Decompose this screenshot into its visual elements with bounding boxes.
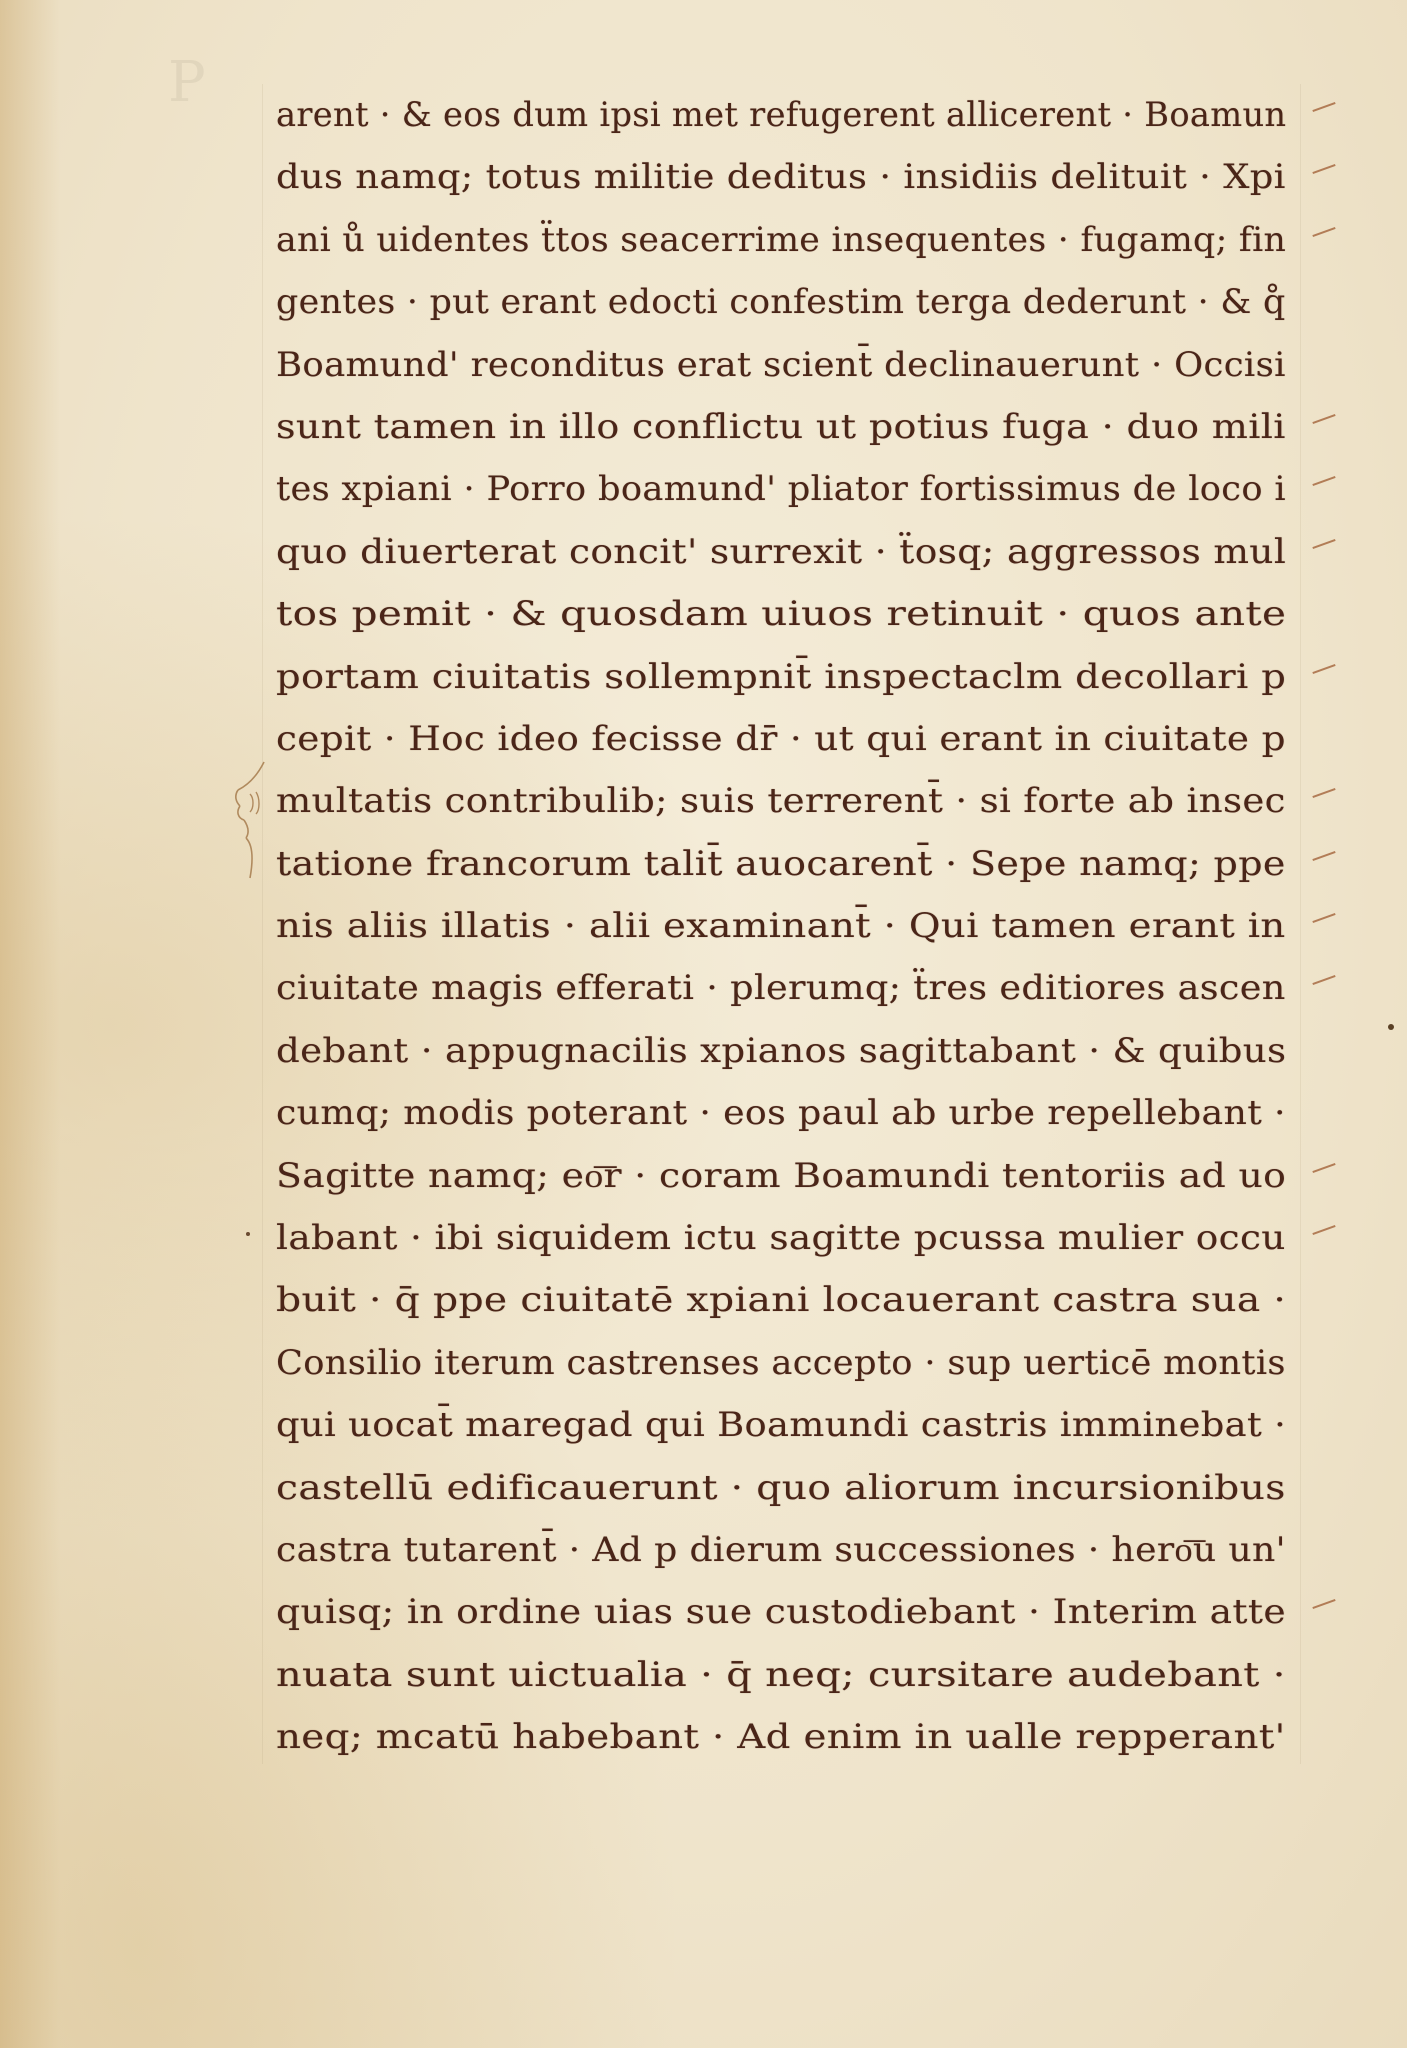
line-text: nis aliis illatis · alii examinant̄ · Qu… [276,895,1286,957]
line-text: tes xpiani · Porro boamund' pliator fort… [276,458,1286,520]
manuscript-line: buit · q̄ ppe ciuitatē xpiani locauerant… [276,1269,1306,1331]
manuscript-line: nis aliis illatis · alii examinant̄ · Qu… [276,895,1306,957]
manuscript-line: cepit · Hoc ideo fecisse dr̄ · ut qui er… [276,708,1306,770]
manuscript-line: quo diuerterat concit' surrexit · ẗosq; … [276,521,1306,583]
line-text: tos pemit · & quosdam uiuos retinuit · q… [276,583,1286,645]
manuscript-line: Consilio iterum castrenses accepto · sup… [276,1332,1306,1394]
line-text: sunt tamen in illo conflictu ut potius f… [276,396,1286,458]
line-continuation-mark [1312,102,1335,112]
line-text: Boamund' reconditus erat scient̄ declina… [276,334,1286,396]
line-text: castra tutarent̄ · Ad p dierum successio… [276,1519,1286,1581]
line-text: ciuitate magis efferati · plerumq; ẗres … [276,957,1286,1019]
line-continuation-mark [1312,1163,1335,1173]
line-text: ani ů uidentes ẗtos seacerrime insequent… [276,209,1286,271]
line-text: gentes · put erant edocti confestim terg… [276,271,1286,333]
manuscript-line: arent · & eos dum ipsi met refugerent al… [276,84,1306,146]
line-text: labant · ibi siquidem ictu sagitte pcuss… [276,1207,1286,1269]
faint-offset-letter: P [168,48,208,118]
line-continuation-mark [1312,663,1335,673]
manuscript-line: portam ciuitatis sollempnit̄ inspectaclm… [276,646,1306,708]
line-continuation-mark [1312,164,1335,174]
line-text: castellū edificauerunt · quo aliorum inc… [276,1457,1286,1519]
manuscript-line: qui uocat̄ maregad qui Boamundi castris … [276,1394,1306,1456]
line-text: quisq; in ordine uias sue custodiebant ·… [276,1581,1286,1643]
marginal-face-doodle-icon [226,760,276,880]
manuscript-line: dus namq; totus militie deditus · insidi… [276,146,1306,208]
gutter-shading [0,0,60,2048]
line-continuation-mark [1312,851,1335,861]
manuscript-line: tos pemit · & quosdam uiuos retinuit · q… [276,583,1306,645]
line-continuation-mark [1312,414,1335,424]
line-text: arent · & eos dum ipsi met refugerent al… [276,84,1286,146]
manuscript-page: P arent · & eos dum ipsi met refugerent … [0,0,1407,2048]
manuscript-line: debant · appugnacilis xpianos sagittaban… [276,1020,1306,1082]
manuscript-line: nuata sunt uictualia · q̄ neq; cursitare… [276,1644,1306,1706]
line-text: portam ciuitatis sollempnit̄ inspectaclm… [276,646,1286,708]
manuscript-line: ciuitate magis efferati · plerumq; ẗres … [276,957,1306,1019]
manuscript-line: multatis contribulib; suis terrerent̄ · … [276,770,1306,832]
line-text: neq; mcatū habebant · Ad enim in ualle r… [276,1706,1286,1768]
manuscript-line: tes xpiani · Porro boamund' pliator fort… [276,458,1306,520]
ink-dot [1388,1024,1394,1030]
line-continuation-mark [1312,227,1335,237]
line-continuation-mark [1312,788,1335,798]
manuscript-line: labant · ibi siquidem ictu sagitte pcuss… [276,1207,1306,1269]
line-continuation-mark [1312,913,1335,923]
line-text: dus namq; totus militie deditus · insidi… [276,146,1286,208]
left-ruling-line [262,84,263,1764]
manuscript-line: neq; mcatū habebant · Ad enim in ualle r… [276,1706,1306,1768]
line-text: tatione francorum talit̄ auocarent̄ · Se… [276,833,1286,895]
manuscript-line: gentes · put erant edocti confestim terg… [276,271,1306,333]
manuscript-text-block: arent · & eos dum ipsi met refugerent al… [276,84,1306,1769]
line-continuation-mark [1312,1599,1335,1609]
manuscript-line: castellū edificauerunt · quo aliorum inc… [276,1457,1306,1519]
line-text: cepit · Hoc ideo fecisse dr̄ · ut qui er… [276,708,1286,770]
line-text: nuata sunt uictualia · q̄ neq; cursitare… [276,1644,1286,1706]
manuscript-line: Sagitte namq; eo͞r · coram Boamundi tent… [276,1145,1306,1207]
line-text: buit · q̄ ppe ciuitatē xpiani locauerant… [276,1269,1286,1331]
line-continuation-mark [1312,539,1335,549]
manuscript-line: Boamund' reconditus erat scient̄ declina… [276,334,1306,396]
line-continuation-mark [1312,476,1335,486]
manuscript-line: cumq; modis poterant · eos paul ab urbe … [276,1082,1306,1144]
manuscript-line: quisq; in ordine uias sue custodiebant ·… [276,1581,1306,1643]
manuscript-line: sunt tamen in illo conflictu ut potius f… [276,396,1306,458]
line-text: quo diuerterat concit' surrexit · ẗosq; … [276,521,1286,583]
manuscript-line: tatione francorum talit̄ auocarent̄ · Se… [276,833,1306,895]
ink-dot [246,1232,250,1236]
line-text: cumq; modis poterant · eos paul ab urbe … [276,1082,1286,1144]
line-text: Consilio iterum castrenses accepto · sup… [276,1332,1286,1394]
line-text: debant · appugnacilis xpianos sagittaban… [276,1020,1286,1082]
line-text: Sagitte namq; eo͞r · coram Boamundi tent… [276,1145,1286,1207]
manuscript-line: castra tutarent̄ · Ad p dierum successio… [276,1519,1306,1581]
line-text: multatis contribulib; suis terrerent̄ · … [276,770,1286,832]
line-text: qui uocat̄ maregad qui Boamundi castris … [276,1394,1286,1456]
line-continuation-mark [1312,1225,1335,1235]
line-continuation-mark [1312,975,1335,985]
manuscript-line: ani ů uidentes ẗtos seacerrime insequent… [276,209,1306,271]
